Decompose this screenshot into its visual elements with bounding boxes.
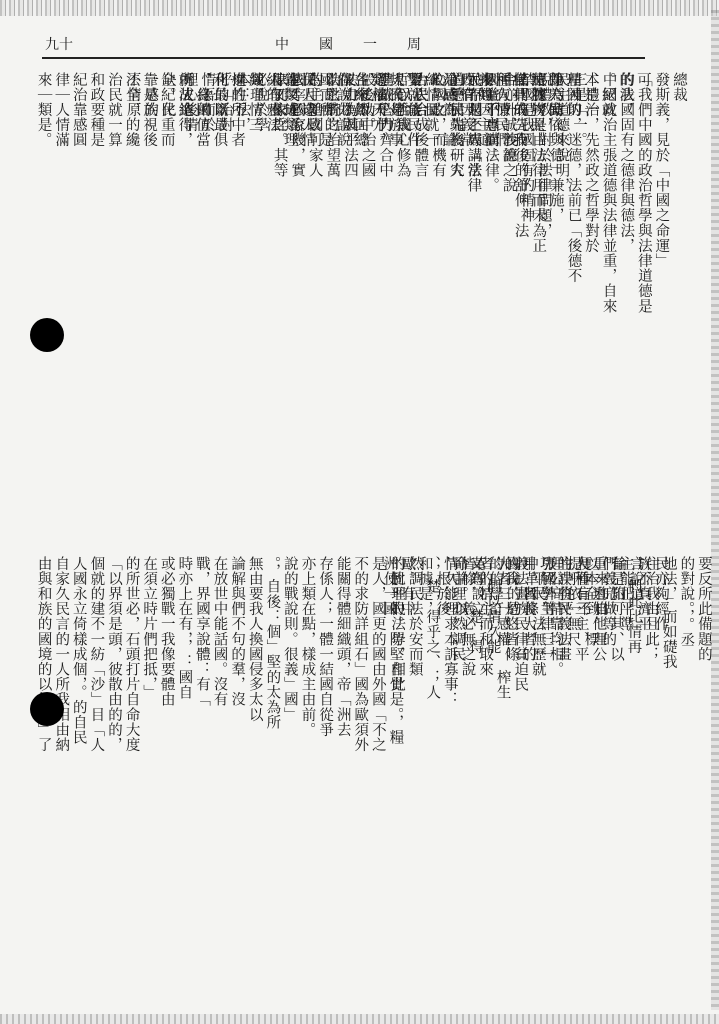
scan-border-right [711,10,719,1010]
punch-hole-top [30,318,64,352]
running-title: 中國一周 [275,34,451,54]
scan-border-bottom [0,1014,719,1024]
text-block-bottom-middle: 言說道 論，附 ，來和自 便作盲不 主中從平 張國外等 中革國條 國命的約 的的… [380,556,644,956]
text-block-bottom-left: 」個平的。防堅自覺是。，糧 是人，國更的國由外國「不之 不的求防詳組石」國為歐須… [34,556,403,976]
page-number: 九十 [45,34,73,54]
punch-hole-bottom [30,692,64,726]
text-block-top-left: 即天民依 民然族照 權具成三我 主有情民們 義的；主適 政情因義常 治感為，論 … [34,72,562,512]
header-rule [42,57,645,59]
page-header: 九十 中國一周 [45,34,645,56]
scan-border-top [0,0,719,16]
